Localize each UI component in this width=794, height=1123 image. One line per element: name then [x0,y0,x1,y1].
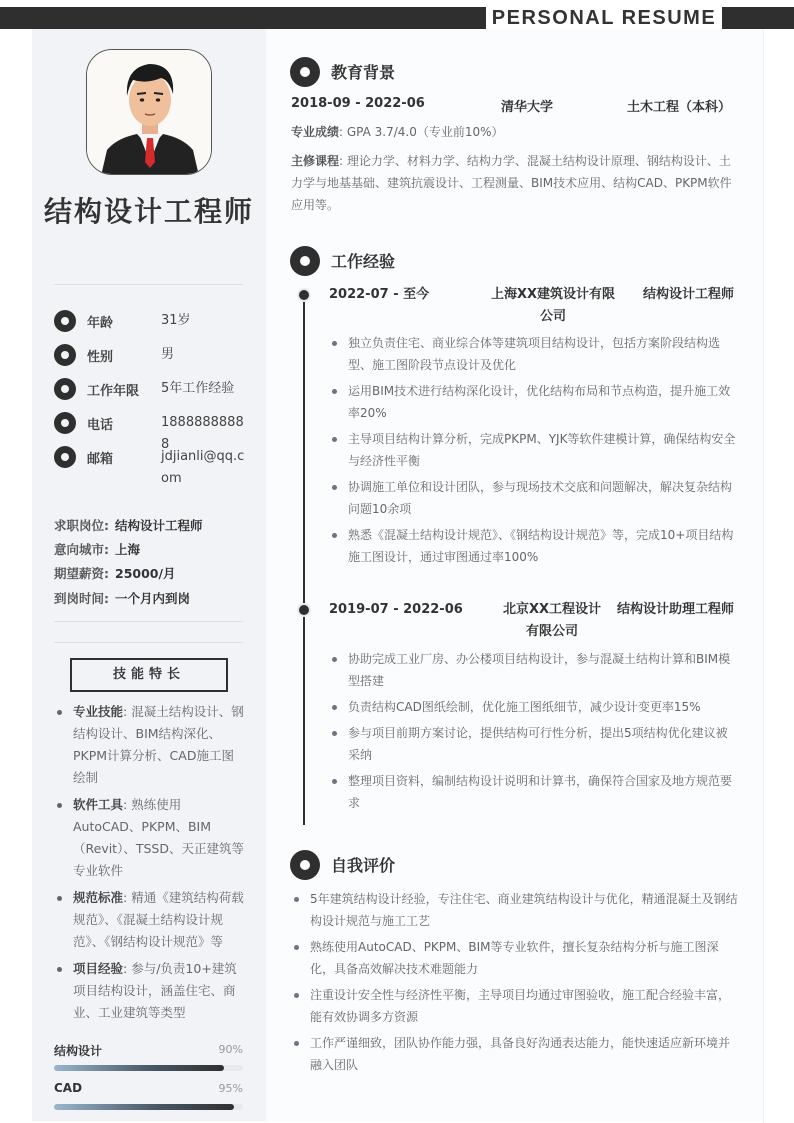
job-bullet: 协调施工单位和设计团队，参与现场技术交底和问题解决，解决复杂结构问题10余项 [329,476,739,520]
skills-list: 专业技能: 混凝土结构设计、钢结构设计、BIM结构深化、PKPM计算分析、CAD… [54,701,244,1029]
info-gender: 性别 男 [54,344,254,366]
header-bar: PERSONAL RESUME [0,7,794,29]
info-label: 年龄 [87,312,113,331]
self-evaluation-item: 5年建筑结构设计经验，专注住宅、商业建筑结构设计与优化，精通混凝土及钢结构设计规… [291,888,739,932]
skill-bar-structural-design: 结构设计 90% [54,1042,243,1059]
job-role: 结构设计工程师 [643,284,734,306]
skill-item: 规范标准: 精通《建筑结构荷载规范》、《混凝土结构设计规范》、《钢结构设计规范》… [54,887,244,953]
job-bullets: 独立负责住宅、商业综合体等建筑项目结构设计，包括方案阶段结构选型、施工图阶段节点… [329,332,739,572]
intent-label: 到岗时间: [54,591,109,606]
job-company: 上海XX建筑设计有限公司 [489,284,617,328]
info-email: 邮箱 jdjianli@qq.com [54,446,254,468]
skills-heading: 技能特长 [70,658,228,692]
section-title: 教育背景 [331,60,395,83]
job-bullet: 参与项目前期方案讨论，提供结构可行性分析，提出5项结构优化建议被采纳 [329,722,739,766]
ring-bullet-icon [54,344,76,366]
job-bullet: 主导项目结构计算分析，完成PKPM、YJK等软件建模计算，确保结构安全与经济性平… [329,428,739,472]
ring-bullet-icon [54,378,76,400]
job-bullet: 熟悉《混凝土结构设计规范》、《钢结构设计规范》等，完成10+项目结构施工图设计，… [329,524,739,568]
avatar [86,49,212,175]
info-experience-years: 工作年限 5年工作经验 [54,378,254,400]
info-label: 电话 [87,414,113,433]
resume-page: 结构设计工程师 年龄 31岁 性别 男 工作年限 5年工作经验 电话 18888… [0,29,794,1123]
info-value: 男 [161,344,246,366]
skill-bar-fill [54,1104,234,1110]
info-value: 31岁 [161,310,246,332]
self-evaluation-item: 熟练使用AutoCAD、PKPM、BIM等专业软件，擅长复杂结构分析与施工图深化… [291,936,739,980]
job-bullet: 负责结构CAD图纸绘制，优化施工图纸细节，减少设计变更率15% [329,696,739,718]
info-value[interactable]: jdjianli@qq.com [161,446,246,490]
skill-bar-track [54,1065,243,1071]
sidebar: 结构设计工程师 年龄 31岁 性别 男 工作年限 5年工作经验 电话 18888… [32,29,266,1121]
intent-label: 求职岗位: [54,518,109,533]
timeline-dot-icon [297,288,311,302]
job-period: 2019-07 - 2022-06 [329,599,463,621]
ring-section-icon [290,246,320,276]
intent-start-date: 到岗时间:一个月内到岗 [54,589,190,609]
info-age: 年龄 31岁 [54,310,254,332]
ring-section-icon [290,57,320,87]
section-title: 自我评价 [331,853,395,876]
job-bullet: 整理项目资料，编制结构设计说明和计算书，确保符合国家及地方规范要求 [329,770,739,814]
ring-bullet-icon [54,446,76,468]
skill-item: 软件工具: 熟练使用AutoCAD、PKPM、BIM（Revit）、TSSD、天… [54,794,244,882]
intent-salary: 期望薪资:25000/月 [54,564,176,584]
gpa-text: : GPA 3.7/4.0（专业前10%） [339,125,504,139]
skill-bar-label: 结构设计 [54,1042,243,1059]
skill-bar-track [54,1104,243,1110]
job-role: 结构设计助理工程师 [617,599,734,621]
job-bullet: 协助完成工业厂房、办公楼项目结构设计，参与混凝土结构计算和BIM模型搭建 [329,648,739,692]
gpa-label: 专业成绩 [291,125,339,139]
section-title: 工作经验 [331,249,395,272]
divider [54,284,243,285]
self-evaluation-item: 注重设计安全性与经济性平衡，主导项目均通过审图验收，施工配合经验丰富，能有效协调… [291,984,739,1028]
ring-bullet-icon [54,412,76,434]
ring-section-icon [290,850,320,880]
avatar-illustration-icon [87,50,212,175]
intent-label: 期望薪资: [54,566,109,581]
skill-item: 专业技能: 混凝土结构设计、钢结构设计、BIM结构深化、PKPM计算分析、CAD… [54,701,244,789]
skill-bar-fill [54,1065,224,1071]
intent-value: 结构设计工程师 [115,518,203,533]
education-major: 土木工程（本科） [627,96,731,115]
skill-label: 项目经验 [73,961,123,976]
education-courses: 主修课程: 理论力学、材料力学、结构力学、混凝土结构设计原理、钢结构设计、土力学… [291,150,736,216]
courses-text: : 理论力学、材料力学、结构力学、混凝土结构设计原理、钢结构设计、土力学与地基基… [291,154,732,212]
job-company: 北京XX工程设计有限公司 [497,599,607,643]
self-evaluation-item: 工作严谨细致，团队协作能力强，具备良好沟通表达能力，能快速适应新环境并融入团队 [291,1032,739,1076]
skill-label: 规范标准 [73,890,123,905]
info-label: 工作年限 [87,380,139,399]
job-bullets: 协助完成工业厂房、办公楼项目结构设计，参与混凝土结构计算和BIM模型搭建 负责结… [329,648,739,818]
intent-value: 一个月内到岗 [115,591,190,606]
education-school: 清华大学 [501,96,553,115]
courses-label: 主修课程 [291,154,339,168]
divider [54,621,243,622]
education-row: 2018-09 - 2022-06 清华大学 土木工程（本科） [291,96,736,116]
skill-item: 项目经验: 参与/负责10+建筑项目结构设计，涵盖住宅、商业、工业建筑等类型 [54,958,244,1024]
info-value: 5年工作经验 [161,378,246,400]
job-bullet: 独立负责住宅、商业综合体等建筑项目结构设计，包括方案阶段结构选型、施工图阶段节点… [329,332,739,376]
info-phone: 电话 18888888888 [54,412,254,434]
info-label: 邮箱 [87,448,113,467]
skill-bar-cad: CAD 95% [54,1081,243,1095]
job-bullet: 运用BIM技术进行结构深化设计，优化结构布局和节点构造，提升施工效率20% [329,380,739,424]
divider [54,642,243,643]
profile-job-title: 结构设计工程师 [32,193,266,231]
intent-value: 25000/月 [115,566,176,581]
timeline-dot-icon [297,603,311,617]
job-period: 2022-07 - 至今 [329,284,429,306]
intent-value: 上海 [115,542,140,557]
intent-position: 求职岗位:结构设计工程师 [54,516,203,536]
skill-label: 专业技能 [73,704,123,719]
education-gpa: 专业成绩: GPA 3.7/4.0（专业前10%） [291,121,736,143]
intent-label: 意向城市: [54,542,109,557]
page-margin [763,29,794,1123]
resume-title: PERSONAL RESUME [486,5,722,31]
skill-bar-percent: 95% [219,1082,243,1095]
education-period: 2018-09 - 2022-06 [291,96,425,111]
skill-bar-percent: 90% [219,1043,243,1056]
main-content: 教育背景 2018-09 - 2022-06 清华大学 土木工程（本科） 专业成… [266,29,763,1121]
skill-bar-label: CAD [54,1081,243,1095]
info-label: 性别 [87,346,113,365]
intent-city: 意向城市:上海 [54,540,140,560]
self-evaluation-list: 5年建筑结构设计经验，专注住宅、商业建筑结构设计与优化，精通混凝土及钢结构设计规… [291,888,739,1080]
timeline-line [303,295,305,825]
skill-label: 软件工具 [73,797,123,812]
ring-bullet-icon [54,310,76,332]
